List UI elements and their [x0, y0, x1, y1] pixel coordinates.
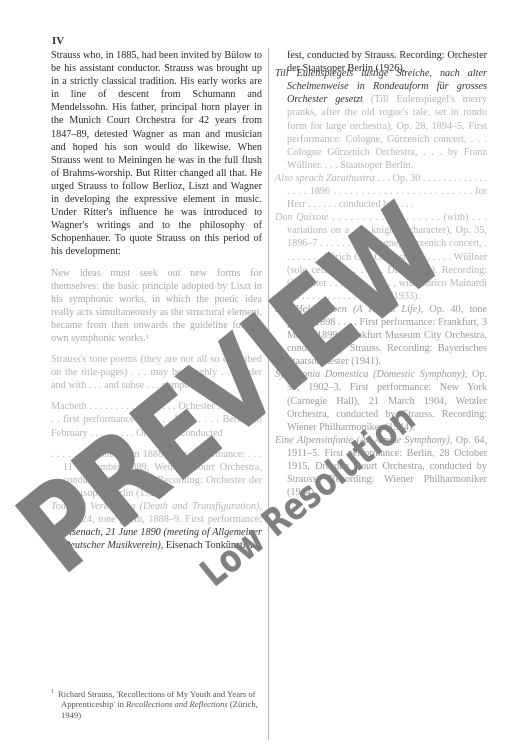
page-number: IV	[52, 35, 64, 47]
entry-don-juan: . . . . . . . . tone poem 1888. First pe…	[51, 448, 262, 500]
entry-ein-heldenleben: Ein Heldenleben (A Hero's Life), Op. 40,…	[275, 303, 487, 368]
entry-alpensinfonie: Eine Alpensinfonie (An Alpine Symphony),…	[275, 434, 487, 499]
score-preface-page: IV Strauss who, in 1885, had been invite…	[0, 0, 530, 750]
left-column: Strauss who, in 1885, had been invited b…	[51, 49, 262, 552]
quote-block: New ideas must seek out new forms for th…	[51, 267, 262, 346]
footnote: 1Richard Strauss, 'Recollections of My Y…	[51, 687, 272, 720]
entry-don-quixote: Don Quixote . . . . . . . . . . . . . . …	[275, 211, 487, 303]
entry-symphonia-domestica: Symphonia Domestica (Domestic Symphony),…	[275, 368, 487, 433]
entry-zarathustra: Also sprach Zarathustra . . . Op. 30 . .…	[275, 172, 487, 211]
entry-till-eulenspiegel: Till Eulenspiegels lustige Streiche, nac…	[275, 67, 487, 172]
paragraph-intro: Strauss who, in 1885, had been invited b…	[51, 49, 262, 259]
entry-macbeth: Macbeth . . . . . . . . . . . . . . . . …	[51, 400, 262, 439]
paragraph-tone-poems: Strauss's tone poems (they are not all s…	[51, 353, 262, 392]
entry-tod-und-verklarung: Tod und Verklärung (Death and Transfigur…	[51, 500, 262, 552]
right-column: fest, conducted by Strauss. Recording: O…	[275, 49, 487, 499]
column-divider	[268, 48, 269, 740]
